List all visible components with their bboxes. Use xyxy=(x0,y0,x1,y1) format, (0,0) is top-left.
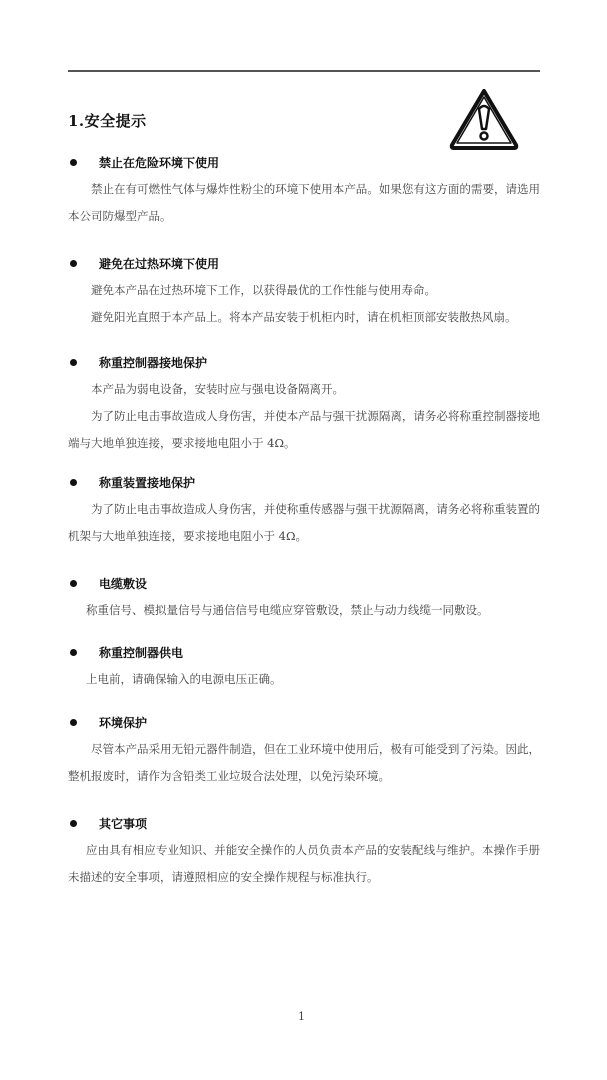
section-paragraph: 避免本产品在过热环境下工作，以获得最优的工作性能与使用寿命。 xyxy=(68,277,540,304)
section-paragraph: 上电前，请确保输入的电源电压正确。 xyxy=(68,666,540,693)
section-device-grounding: 称重装置接地保护 为了防止电击事故造成人身伤害，并使称重传感器与强干扰源隔离，请… xyxy=(68,472,540,550)
section-cable-laying: 电缆敷设 称重信号、模拟量信号与通信信号电缆应穿管敷设，禁止与动力线缆一同敷设。 xyxy=(68,573,540,624)
section-heading: 称重装置接地保护 xyxy=(99,474,195,491)
section-controller-grounding: 称重控制器接地保护 本产品为弱电设备，安装时应与强电设备隔离开。 为了防止电击事… xyxy=(68,352,540,457)
section-power-supply: 称重控制器供电 上电前，请确保输入的电源电压正确。 xyxy=(68,642,540,693)
bullet-icon xyxy=(70,649,77,656)
bullet-icon xyxy=(70,260,77,267)
bullet-icon xyxy=(70,479,77,486)
page-number: 1 xyxy=(298,1010,305,1023)
section-paragraph: 应由具有相应专业知识、并能安全操作的人员负责本产品的安装配线与维护。本操作手册未… xyxy=(68,837,540,891)
section-paragraph: 称重信号、模拟量信号与通信信号电缆应穿管敷设，禁止与动力线缆一同敷设。 xyxy=(68,597,540,624)
section-other-matters: 其它事项 应由具有相应专业知识、并能安全操作的人员负责本产品的安装配线与维护。本… xyxy=(68,813,540,891)
bullet-icon xyxy=(70,580,77,587)
section-hazardous-environment: 禁止在危险环境下使用 禁止在有可燃性气体与爆炸性粉尘的环境下使用本产品。如果您有… xyxy=(68,152,540,230)
section-heading: 其它事项 xyxy=(99,815,147,832)
section-paragraph: 为了防止电击事故造成人身伤害，并使本产品与强干扰源隔离，请务必将称重控制器接地端… xyxy=(68,403,540,457)
section-environmental-protection: 环境保护 尽管本产品采用无铅元器件制造，但在工业环境中使用后，极有可能受到了污染… xyxy=(68,712,540,790)
section-heading: 称重控制器供电 xyxy=(99,644,183,661)
warning-triangle-icon xyxy=(448,87,520,151)
section-paragraph: 本产品为弱电设备，安装时应与强电设备隔离开。 xyxy=(68,376,540,403)
section-heading: 环境保护 xyxy=(99,714,147,731)
section-heading: 避免在过热环境下使用 xyxy=(99,255,219,272)
section-title: 1.安全提示 xyxy=(68,110,147,131)
bullet-icon xyxy=(70,159,77,166)
bullet-icon xyxy=(70,719,77,726)
section-paragraph: 避免阳光直照于本产品上。将本产品安装于机柜内时，请在机柜顶部安装散热风扇。 xyxy=(68,304,540,331)
bullet-icon xyxy=(70,820,77,827)
bullet-icon xyxy=(70,359,77,366)
section-paragraph: 禁止在有可燃性气体与爆炸性粉尘的环境下使用本产品。如果您有这方面的需要，请选用本… xyxy=(68,176,540,230)
section-overheating: 避免在过热环境下使用 避免本产品在过热环境下工作，以获得最优的工作性能与使用寿命… xyxy=(68,253,540,331)
header-rule xyxy=(68,70,540,72)
section-heading: 电缆敷设 xyxy=(99,575,147,592)
section-paragraph: 尽管本产品采用无铅元器件制造，但在工业环境中使用后，极有可能受到了污染。因此，整… xyxy=(68,736,540,790)
section-heading: 称重控制器接地保护 xyxy=(99,354,207,371)
section-heading: 禁止在危险环境下使用 xyxy=(99,154,219,171)
section-paragraph: 为了防止电击事故造成人身伤害，并使称重传感器与强干扰源隔离，请务必将称重装置的机… xyxy=(68,496,540,550)
